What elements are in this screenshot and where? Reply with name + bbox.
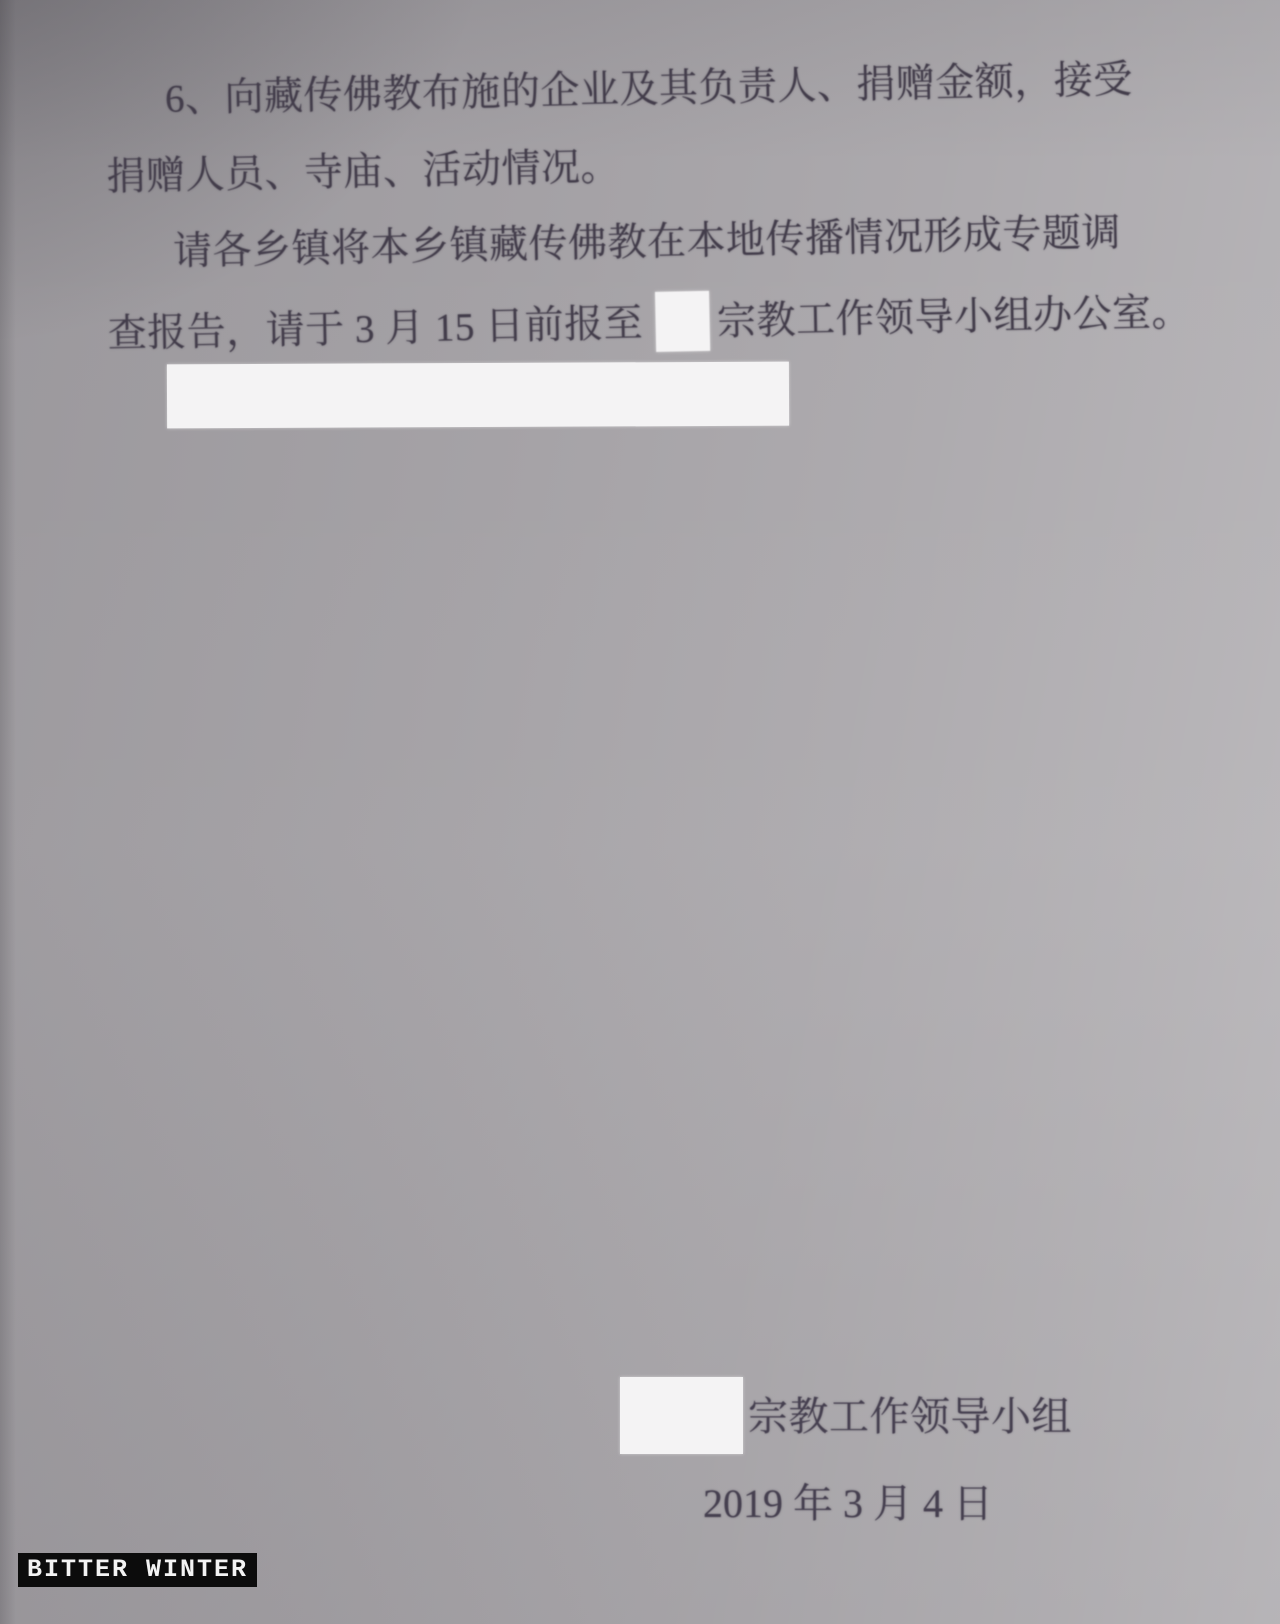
- paragraph-item6-line2: 捐赠人员、寺庙、活动情况。: [106, 145, 620, 201]
- deadline-text: 查报告，请于 3 月 15 日前报至: [107, 301, 643, 358]
- paragraph-request-line2: 查报告，请于 3 月 15 日前报至 宗教工作领导小组办公室。: [107, 283, 1192, 365]
- bitter-winter-watermark: BITTER WINTER: [18, 1553, 257, 1587]
- paragraph-request-line1: 请各乡镇将本乡镇藏传佛教在本地传播情况形成专题调: [173, 211, 1122, 276]
- redaction-box-signature: [620, 1377, 743, 1454]
- redaction-box-inline: [655, 291, 710, 352]
- document-photo: 6、向藏传佛教布施的企业及其负责人、捐赠金额，接受 捐赠人员、寺庙、活动情况。 …: [0, 0, 1280, 1624]
- signature-organization: 宗教工作领导小组: [748, 1393, 1072, 1441]
- redaction-box-paragraph: [167, 362, 789, 429]
- signature-date: 2019 年 3 月 4 日: [703, 1480, 993, 1528]
- office-text: 宗教工作领导小组办公室。: [717, 290, 1192, 346]
- paragraph-item6-line1: 6、向藏传佛教布施的企业及其负责人、捐赠金额，接受: [165, 57, 1134, 122]
